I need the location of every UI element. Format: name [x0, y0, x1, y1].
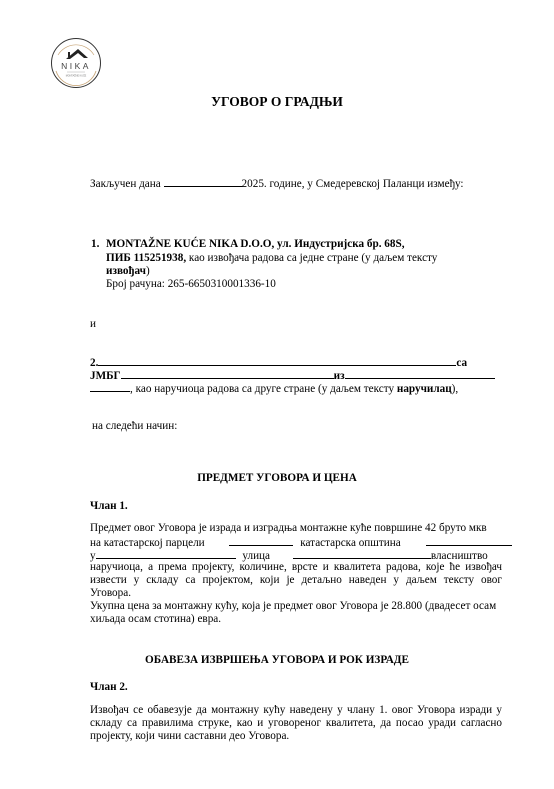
section1-line8: хиљада осам стотина) евра. [90, 613, 221, 625]
section1-line7: Укупна цена за монтажну кућу, која је пр… [90, 600, 496, 612]
company-logo: NIKA MONTAŽNE KUĆE [50, 37, 102, 89]
section1-line5: извести у складу са пројектом, који је д… [90, 574, 502, 586]
section1-article: Члан 1. [90, 500, 128, 512]
following-text: на следећи начин: [92, 420, 177, 432]
section1-heading: ПРЕДМЕТ УГОВОРА И ЦЕНА [0, 472, 554, 484]
section2-line2: складу са правилима струке, као и уговор… [90, 717, 502, 729]
svg-text:MONTAŽNE KUĆE: MONTAŽNE KUĆE [66, 75, 87, 78]
street-blank-field[interactable] [293, 548, 431, 559]
date-blank-field[interactable] [164, 176, 242, 187]
party1-role-text: као извођача радова са једне стране (у д… [189, 252, 437, 264]
intro-suffix: 2025. године, у Смедеревској Паланци изм… [242, 178, 464, 190]
party1-account: Број рачуна: 265-6650310001336-10 [106, 278, 276, 290]
section1-line4: наручиоца, а према пројекту, количине, в… [90, 561, 502, 573]
cadastral-blank-field[interactable] [426, 535, 512, 546]
party1-name: MONTAŽNE KUĆE NIKA D.O.O, ул. Индустријс… [106, 238, 405, 250]
nika-logo-icon: NIKA MONTAŽNE KUĆE [50, 37, 102, 89]
party1-pib-line: ПИБ 115251938, као извођача радова са је… [106, 252, 437, 264]
parcel-blank-field[interactable] [229, 535, 293, 546]
party2-place-blank-field[interactable] [345, 368, 495, 379]
intro-line: Закључен дана 2025. године, у Смедеревск… [90, 176, 464, 190]
svg-text:NIKA: NIKA [61, 61, 91, 71]
document-title: УГОВОР О ГРАДЊИ [0, 94, 554, 110]
section2-heading: ОБАВЕЗА ИЗВРШЕЊА УГОВОРА И РОК ИЗРАДЕ [0, 654, 554, 666]
party1-role: извођач [106, 265, 146, 277]
party1-role-line: извођач) [106, 265, 150, 277]
section2-line1: Извођач се обавезује да монтажну кућу на… [90, 704, 502, 716]
party2-role: наручилац [397, 383, 452, 395]
section1-line1: Предмет овог Уговора је израда и изградњ… [90, 522, 487, 534]
party1-pib: ПИБ 115251938, [106, 252, 186, 264]
party2-place-cont-blank-field[interactable] [90, 381, 130, 392]
section2-line3: пројекту, који чини саставни део Уговора… [90, 730, 289, 742]
party2-role-text: , као наручиоца радова са друге стране (… [130, 383, 397, 395]
party2-name-blank-field[interactable] [98, 355, 456, 366]
party2-line2: ЈМБГиз [90, 368, 495, 382]
section1-line6: Уговора. [90, 587, 131, 599]
section1-line3: у улица власништво [90, 548, 488, 562]
conjunction: и [90, 318, 96, 330]
party1-role-close: ) [146, 265, 150, 277]
party2-role-close: ), [452, 383, 459, 395]
party1-number: 1. [91, 238, 99, 250]
party2-jmbg-blank-field[interactable] [121, 368, 334, 379]
intro-prefix: Закључен дана [90, 178, 161, 190]
section2-article: Члан 2. [90, 681, 128, 693]
party2-line3: , као наручиоца радова са друге стране (… [90, 381, 458, 395]
place-blank-field[interactable] [96, 548, 236, 559]
party2-line1: 2.са [90, 355, 492, 369]
section1-line2: на катастарској парцели катастарска општ… [90, 535, 502, 549]
